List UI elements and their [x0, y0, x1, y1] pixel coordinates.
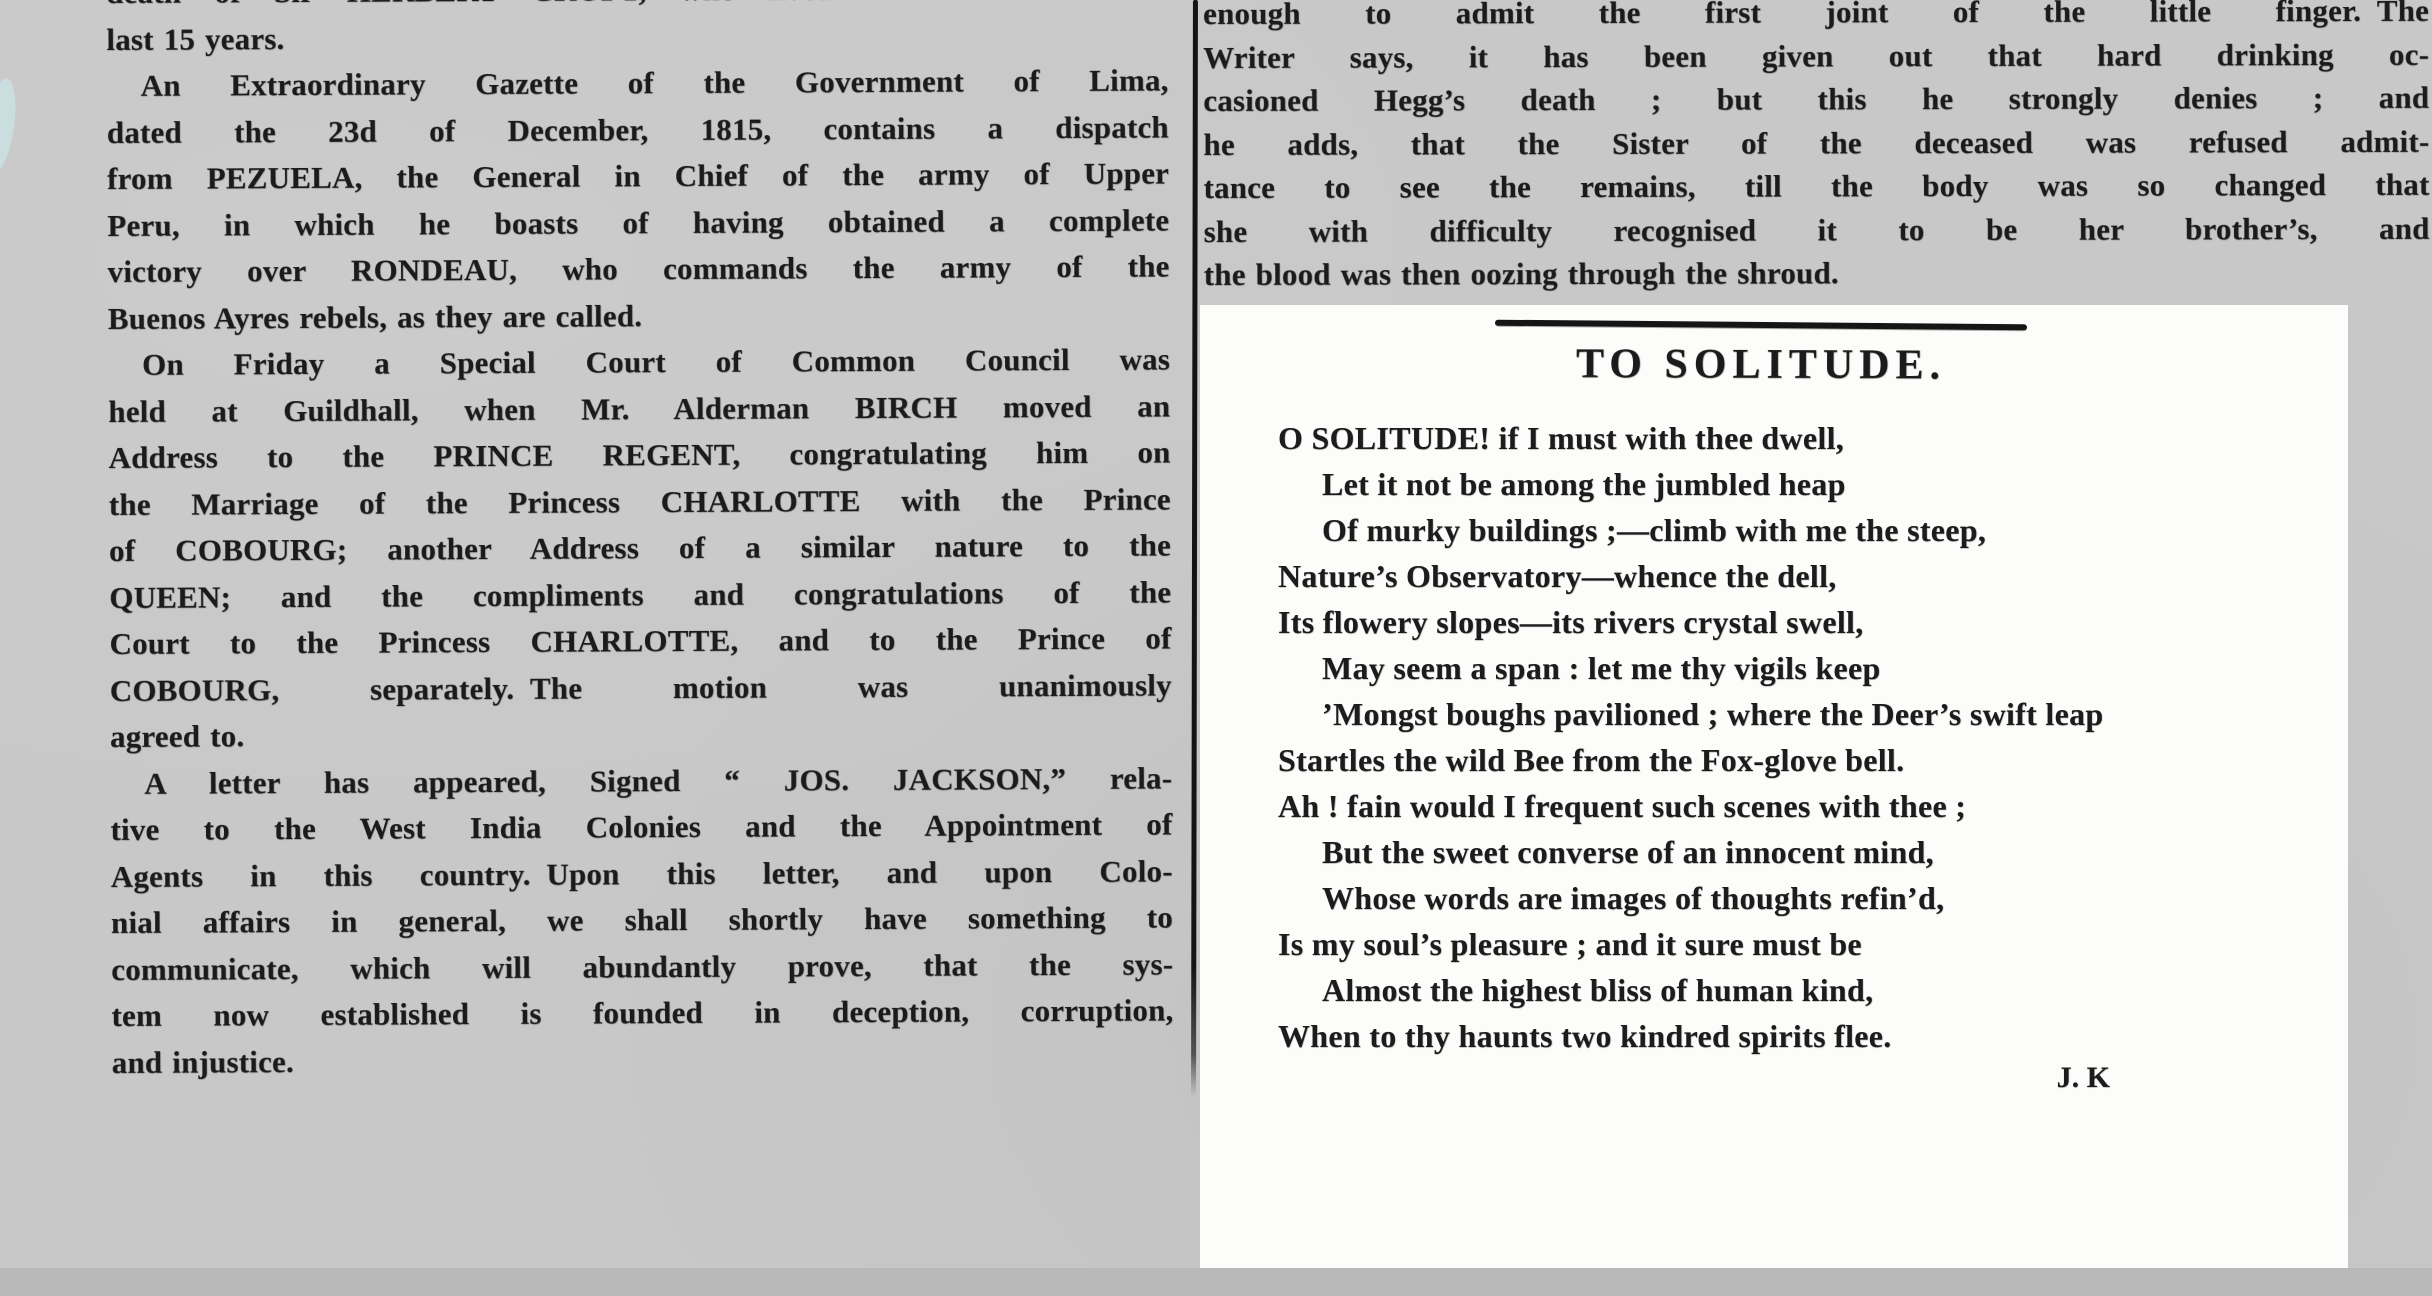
text-line: Court to the Princess CHARLOTTE, and to …: [109, 615, 1171, 667]
text-line: tem now established is founded in decept…: [111, 987, 1173, 1039]
text-line: A letter has appeared, Signed “ JOS. JAC…: [110, 755, 1172, 807]
poem-line: Ah ! fain would I frequent such scenes w…: [1278, 783, 2328, 829]
text-line: An Extraordinary Gazette of the Governme…: [106, 57, 1168, 109]
poem-line: Of murky buildings ;—climb with me the s…: [1278, 507, 2328, 553]
text-line: of COBOURG; another Address of a similar…: [109, 522, 1171, 574]
text-line: Peru, in which he boasts of having obtai…: [107, 197, 1169, 249]
text-line: Buenos Ayres rebels, as they are called.: [108, 290, 1170, 342]
poem-line: Nature’s Observatory—whence the dell,: [1278, 553, 2328, 599]
poem-title: TO SOLITUDE.: [1280, 339, 2242, 390]
poem-line: Let it not be among the jumbled heap: [1278, 461, 2328, 507]
text-line: nial affairs in general, we shall shortl…: [111, 894, 1173, 946]
text-line: enough to admit the first joint of the l…: [1203, 0, 2429, 35]
text-line: he adds, that the Sister of the deceased…: [1203, 119, 2429, 166]
poem-highlight-box: TO SOLITUDE. O SOLITUDE! if I must with …: [1200, 305, 2348, 1268]
poem-line: Startles the wild Bee from the Fox-glove…: [1278, 737, 2328, 783]
poem-line: But the sweet converse of an innocent mi…: [1278, 829, 2328, 875]
poem-line: Is my soul’s pleasure ; and it sure must…: [1278, 921, 2328, 967]
text-line: agreed to.: [110, 708, 1172, 760]
poem-line: Almost the highest bliss of human kind,: [1278, 967, 2328, 1013]
text-line: tive to the West India Colonies and the …: [110, 801, 1172, 853]
text-line: Address to the PRINCE REGENT, congratula…: [108, 429, 1170, 481]
text-line: QUEEN; and the compliments and congratul…: [109, 569, 1171, 621]
poem-line: Whose words are images of thoughts refin…: [1278, 875, 2328, 921]
poem-line: Its flowery slopes—its rivers crystal sw…: [1278, 599, 2328, 645]
poem-line: When to thy haunts two kindred spirits f…: [1278, 1013, 2328, 1059]
poem-lines: O SOLITUDE! if I must with thee dwell,Le…: [1278, 415, 2328, 1059]
text-line: held at Guildhall, when Mr. Alderman BIR…: [108, 383, 1170, 435]
text-line: the blood was then oozing through the sh…: [1204, 250, 2430, 297]
scan-bottom-band: [0, 1268, 2432, 1296]
newspaper-scan-page: death of Sir HERBERT CROFT, who lived in…: [0, 0, 2432, 1296]
text-line: casioned Hegg’s death ; but this he stro…: [1203, 76, 2429, 123]
poem-line: May seem a span : let me thy vigils keep: [1278, 645, 2328, 691]
text-line: communicate, which will abundantly prove…: [111, 941, 1173, 993]
text-line: last 15 years.: [106, 11, 1168, 63]
scan-edge-artifact: [0, 77, 21, 176]
text-line: Writer says, it has been given out that …: [1203, 32, 2429, 79]
text-line: from PEZUELA, the General in Chief of th…: [107, 150, 1169, 202]
poem-line: O SOLITUDE! if I must with thee dwell,: [1278, 415, 2328, 461]
left-column: death of Sir HERBERT CROFT, who lived in…: [106, 0, 1174, 1086]
text-line: Agents in this country. Upon this letter…: [111, 848, 1173, 900]
right-column: enough to admit the first joint of the l…: [1203, 0, 2430, 296]
text-line: and injustice.: [112, 1034, 1174, 1086]
text-line: victory over RONDEAU, who commands the a…: [107, 243, 1169, 295]
column-divider-rule: [1191, 0, 1198, 1097]
poem-line: ’Mongst boughs pavilioned ; where the De…: [1278, 691, 2328, 737]
text-line: the Marriage of the Princess CHARLOTTE w…: [109, 476, 1171, 528]
text-line: she with difficulty recognised it to be …: [1204, 206, 2430, 253]
section-rule: [1495, 320, 2027, 331]
text-line: dated the 23d of December, 1815, contain…: [107, 104, 1169, 156]
poem-signature: J. K: [1280, 1061, 2110, 1095]
text-line: tance to see the remains, till the body …: [1203, 163, 2429, 210]
text-line: On Friday a Special Court of Common Coun…: [108, 336, 1170, 388]
text-line: COBOURG, separately. The motion was unan…: [110, 662, 1172, 714]
